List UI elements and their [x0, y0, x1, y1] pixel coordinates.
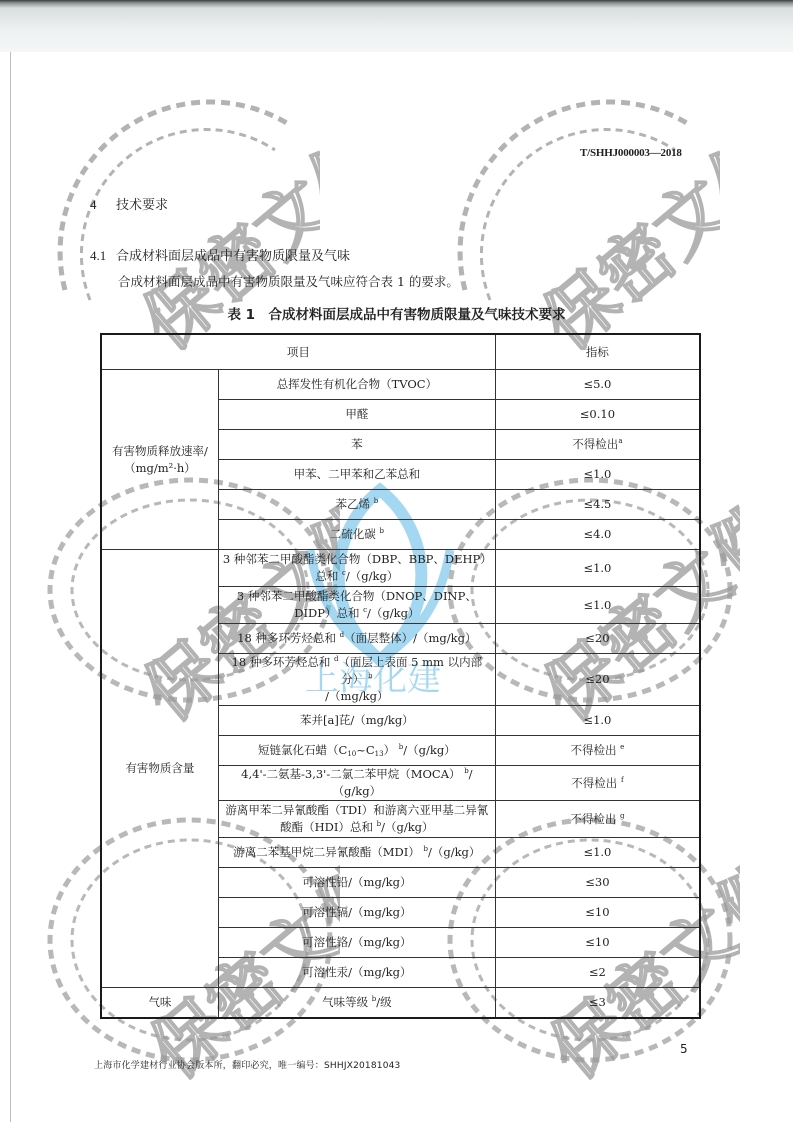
table-row: 有害物质含量 3 种邻苯二甲酸酯类化合物（DBP、BBP、DEHP） 总和 c/…: [101, 550, 700, 587]
requirements-table: 项目 指标 有害物质释放速率/ （mg/m²·h） 总挥发性有机化合物（TVOC…: [100, 333, 701, 1019]
section-number: 4.1: [90, 248, 116, 264]
page-number: 5: [680, 1042, 688, 1056]
standard-number: T/SHHJ000003—2018: [580, 147, 682, 159]
section-title: 合成材料面层成品中有害物质限量及气味: [116, 249, 350, 264]
table-row: 气味 气味等级 b/级 ≤3: [101, 988, 700, 1019]
section-heading-4: 4技术要求: [90, 194, 168, 213]
group-label-content: 有害物质含量: [101, 550, 218, 988]
table-header-row: 项目 指标: [101, 334, 700, 370]
section-number: 4: [90, 197, 116, 213]
section-heading-4-1: 4.1合成材料面层成品中有害物质限量及气味: [90, 245, 350, 264]
header-indicator: 指标: [495, 334, 700, 370]
header-item: 项目: [101, 334, 495, 370]
group-label-odor: 气味: [101, 988, 218, 1019]
table-title: 表 1 合成材料面层成品中有害物质限量及气味技术要求: [0, 303, 793, 323]
section-title: 技术要求: [116, 198, 168, 213]
body-paragraph: 合成材料面层成品中有害物质限量及气味应符合表 1 的要求。: [118, 272, 459, 290]
scan-edge-left: [10, 52, 11, 1122]
group-label-emission-rate: 有害物质释放速率/ （mg/m²·h）: [101, 370, 218, 550]
table-row: 有害物质释放速率/ （mg/m²·h） 总挥发性有机化合物（TVOC） ≤5.0: [101, 370, 700, 400]
copyright-footer: 上海市化学建材行业协会版本所，翻印必究，唯一编号：SHHJX20181043: [94, 1058, 400, 1071]
scan-edge-top: [0, 0, 793, 52]
